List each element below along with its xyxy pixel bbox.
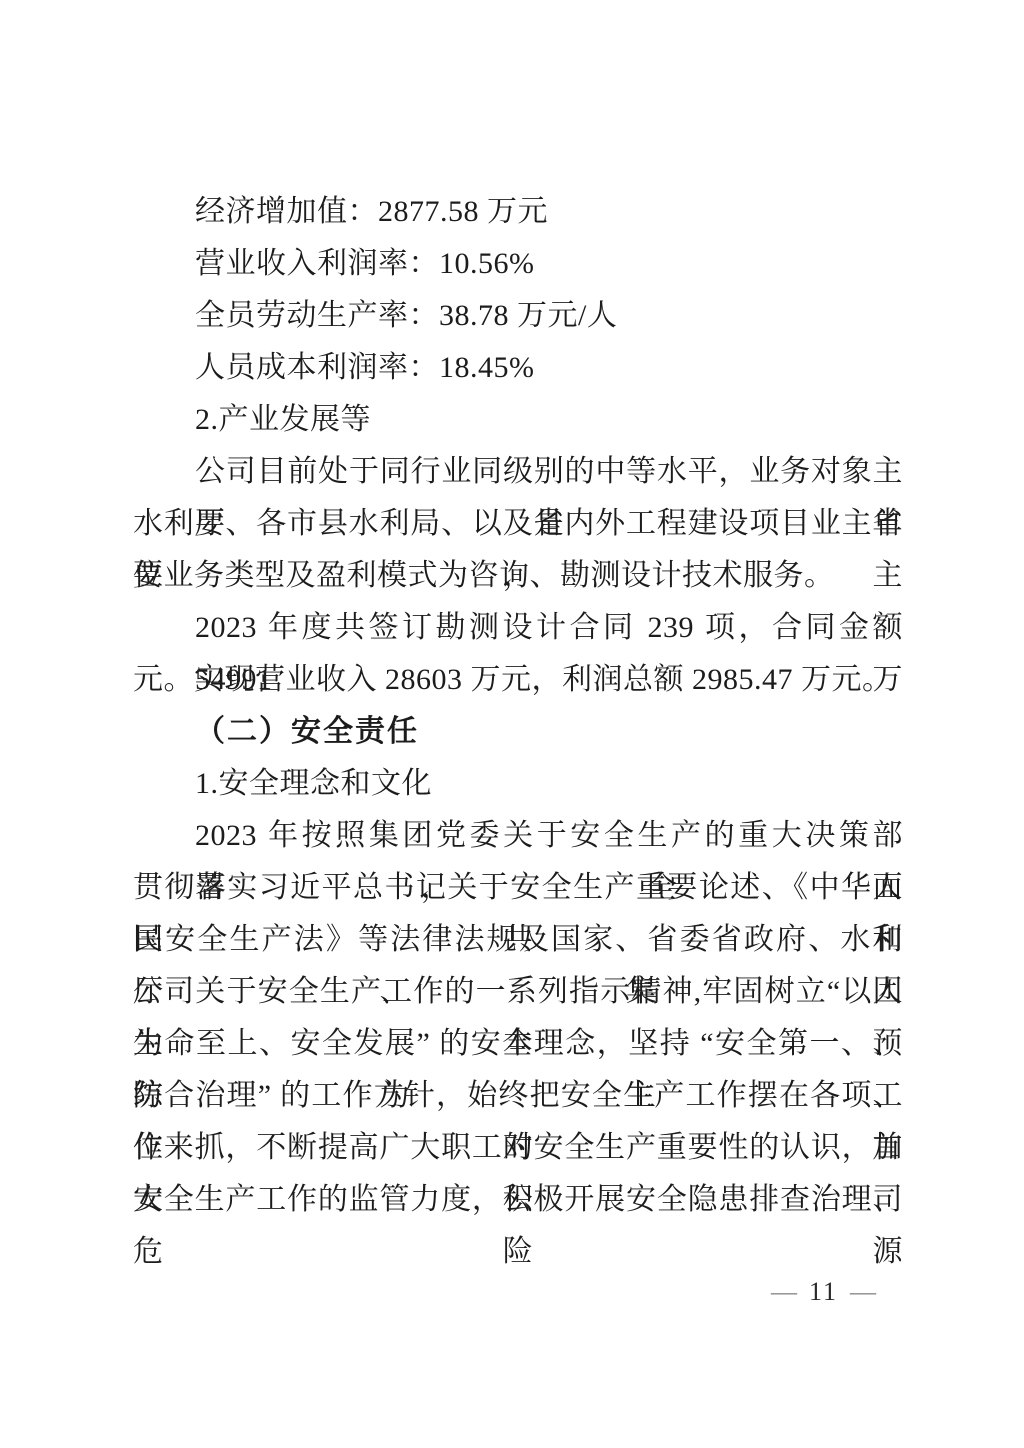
body-line: 要业务类型及盈利模式为咨询、勘测设计技术服务。 bbox=[133, 550, 903, 602]
body-line: 元。实现营业收入 28603 万元，利润总额 2985.47 万元。 bbox=[133, 654, 903, 706]
metric-line-labor-productivity: 全员劳动生产率：38.78 万元/人 bbox=[133, 290, 903, 342]
body-line: 位来抓，不断提高广大职工对安全生产重要性的认识，加大公司 bbox=[133, 1122, 903, 1174]
body-line: 2023 年按照集团党委关于安全生产的重大决策部署，全面 bbox=[133, 810, 903, 862]
page-number: —11— bbox=[759, 1272, 888, 1312]
page-number-value: 11 bbox=[809, 1277, 838, 1306]
body-line: 国安全生产法》等法律法规及国家、省委省政府、水利厅、集团 bbox=[133, 914, 903, 966]
body-line: 2023 年度共签订勘测设计合同 239 项，合同金额 54991 万 bbox=[133, 602, 903, 654]
body-line: 安全生产工作的监管力度，积极开展安全隐患排查治理、危险源 bbox=[133, 1174, 903, 1226]
body-line: 综合治理” 的工作方针，始终把安全生产工作摆在各项工作的首 bbox=[133, 1070, 903, 1122]
body-line: 公司目前处于同行业同级别的中等水平，业务对象主要是省 bbox=[133, 446, 903, 498]
document-body: 经济增加值：2877.58 万元 营业收入利润率：10.56% 全员劳动生产率：… bbox=[133, 186, 903, 1226]
subheading-safety-concept-culture: 1.安全理念和文化 bbox=[133, 758, 903, 810]
document-page: 经济增加值：2877.58 万元 营业收入利润率：10.56% 全员劳动生产率：… bbox=[0, 0, 1024, 1448]
metric-line-economic-value-added: 经济增加值：2877.58 万元 bbox=[133, 186, 903, 238]
page-number-left-dash: — bbox=[759, 1277, 809, 1306]
body-line: 水利厅、各市县水利局、以及省内外工程建设项目业主单位，主 bbox=[133, 498, 903, 550]
metric-line-personnel-cost-profit-rate: 人员成本利润率：18.45% bbox=[133, 342, 903, 394]
body-line: 生命至上、安全发展” 的安全理念，坚持 “安全第一、预防为主、 bbox=[133, 1018, 903, 1070]
metric-line-operating-profit-margin: 营业收入利润率：10.56% bbox=[133, 238, 903, 290]
page-number-right-dash: — bbox=[838, 1277, 888, 1306]
body-line: 贯彻落实习近平总书记关于安全生产重要论述、《中华人民共和 bbox=[133, 862, 903, 914]
subheading-industry-development: 2.产业发展等 bbox=[133, 394, 903, 446]
section-heading-safety-responsibility: （二）安全责任 bbox=[133, 706, 903, 758]
body-line: 公司关于安全生产工作的一系列指示精神,牢固树立“以人为本、 bbox=[133, 966, 903, 1018]
